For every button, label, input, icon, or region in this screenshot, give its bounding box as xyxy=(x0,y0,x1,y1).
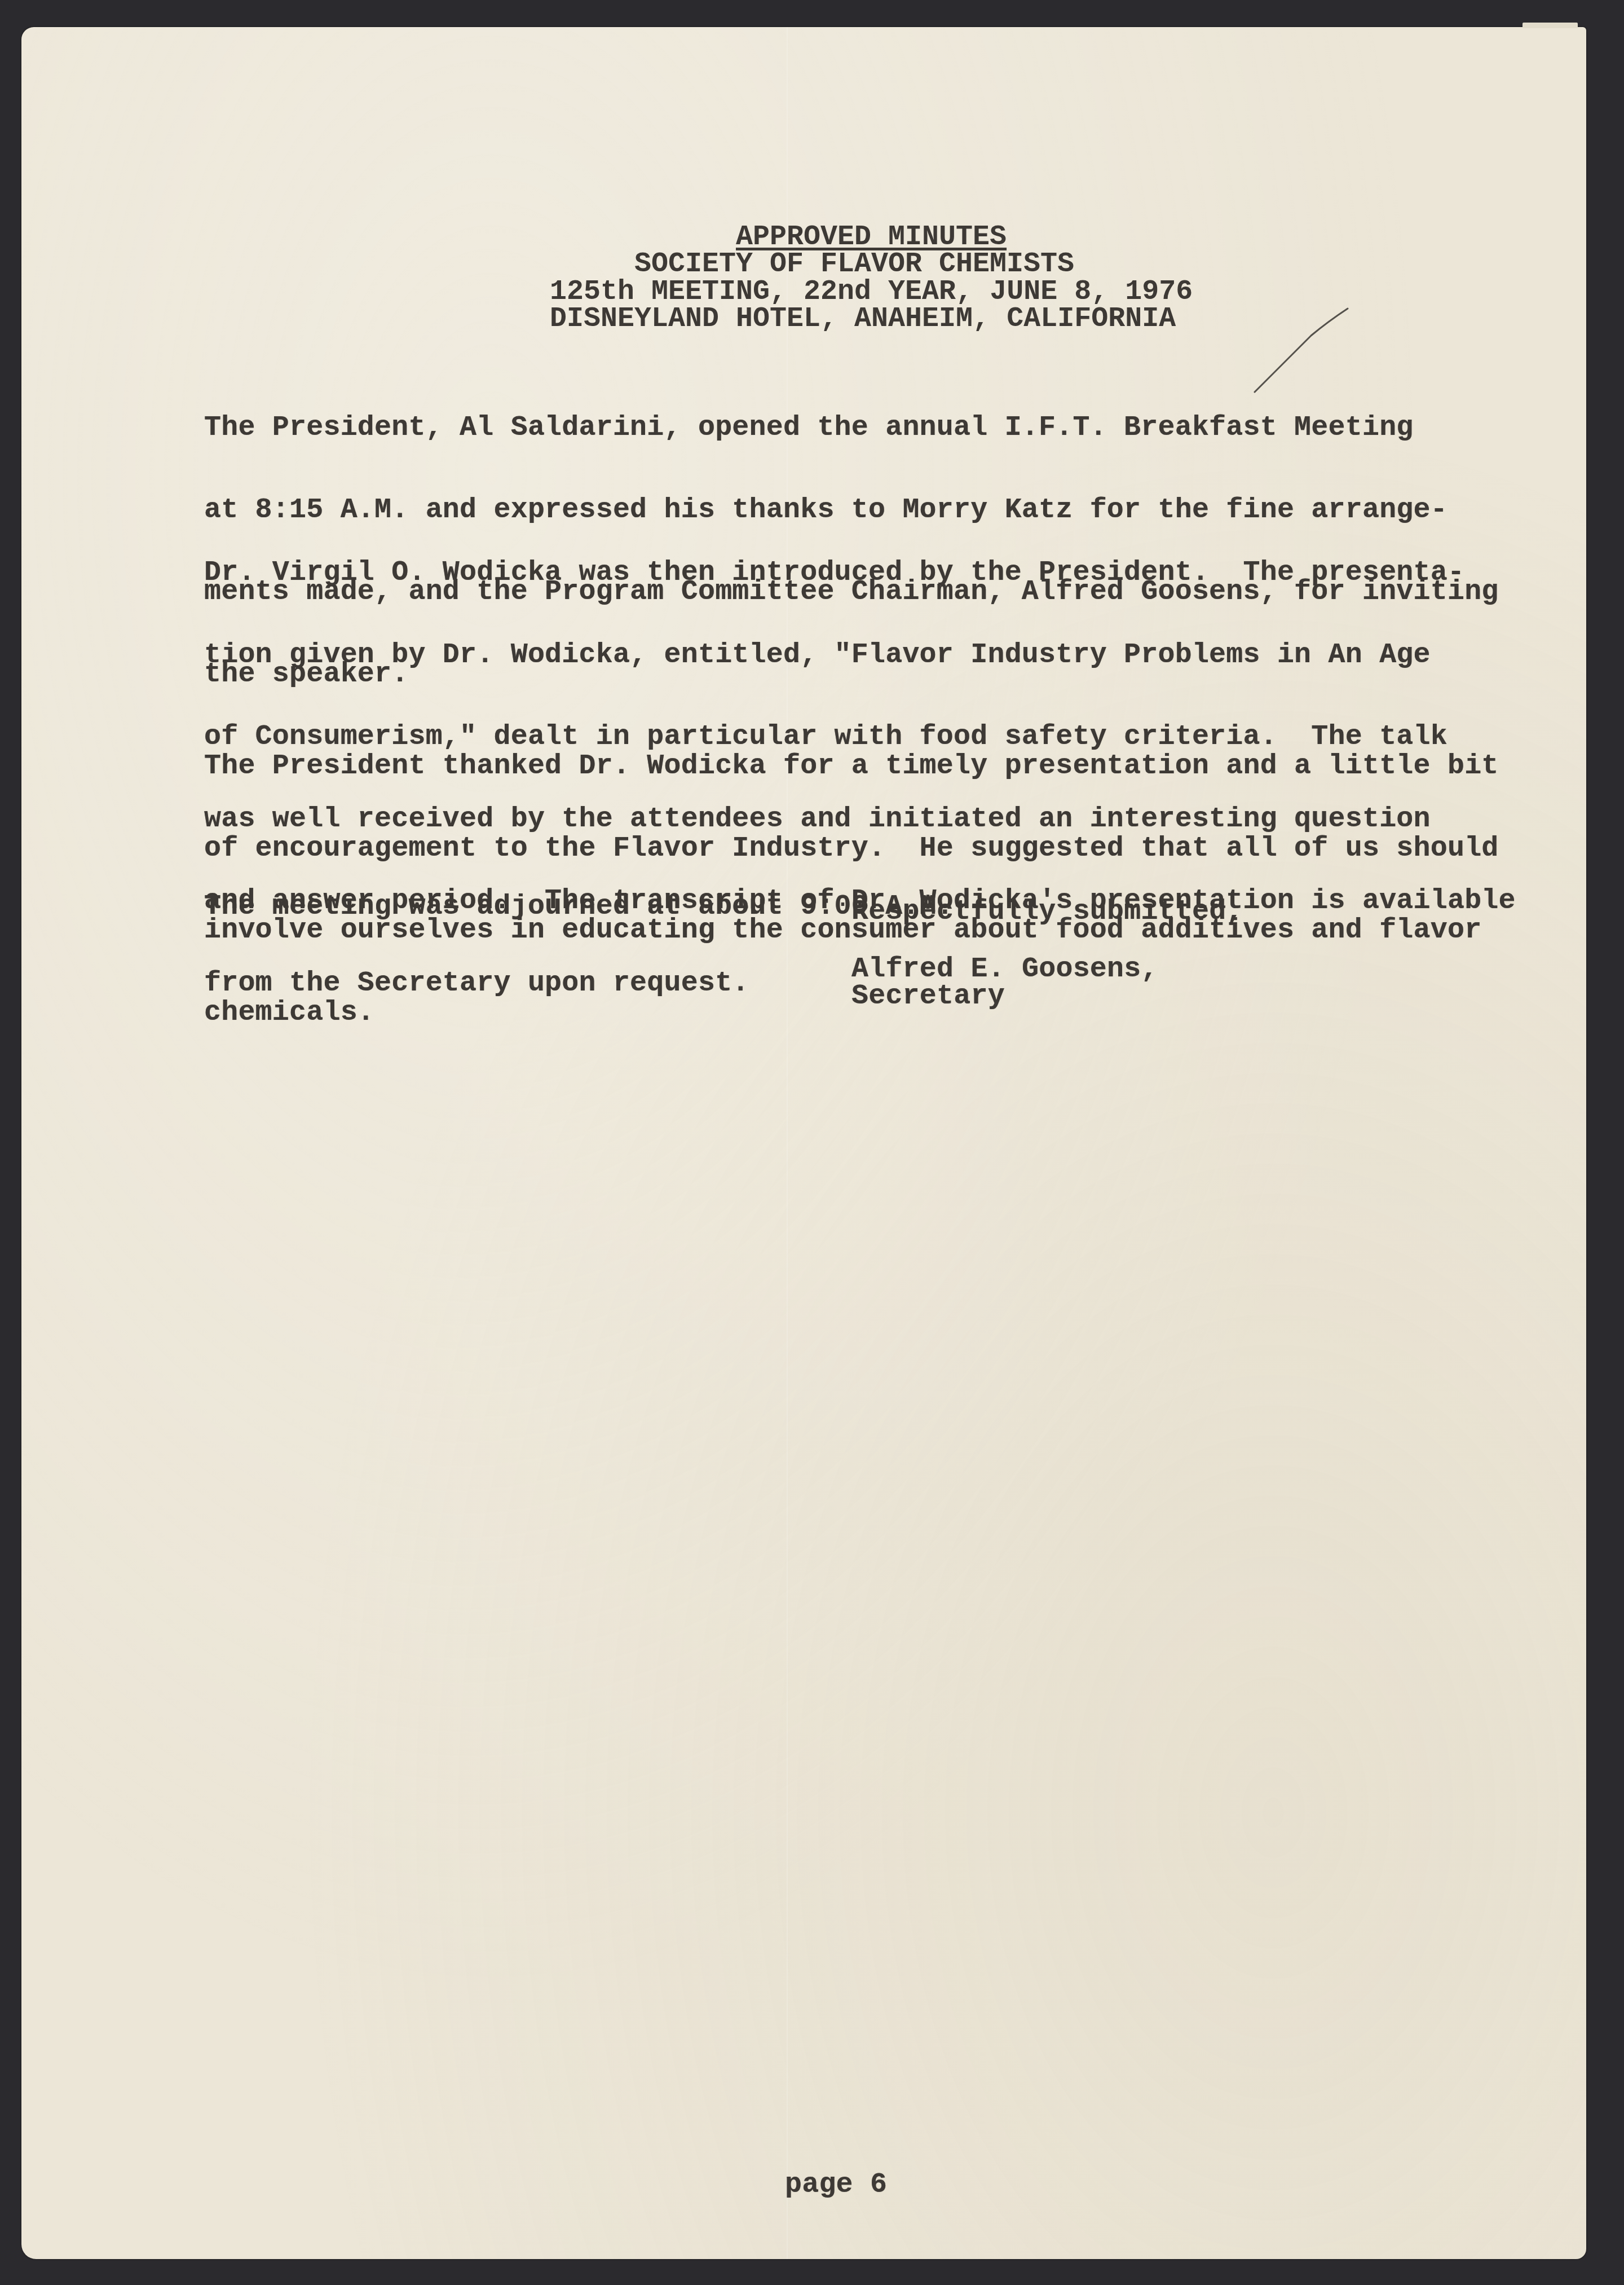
paragraph-line: The meeting was adjourned at about 9:00 … xyxy=(204,893,954,921)
signatory-name: Alfred E. Goosens, xyxy=(851,956,1158,984)
page-number: page 6 xyxy=(785,2172,887,2199)
paragraph-line: The President, Al Saldarini, opened the … xyxy=(204,415,1499,442)
paragraph-line: Dr. Virgil O. Wodicka was then introduce… xyxy=(204,560,1516,587)
document-title: APPROVED MINUTES xyxy=(736,224,1007,252)
paragraph-adjourned: The meeting was adjourned at about 9:00 … xyxy=(204,839,954,948)
paragraph-line: tion given by Dr. Wodicka, entitled, "Fl… xyxy=(204,642,1516,670)
signatory-role: Secretary xyxy=(851,983,1005,1011)
paper-fold-edge xyxy=(1522,23,1578,28)
paragraph-line: The President thanked Dr. Wodicka for a … xyxy=(204,753,1499,781)
meeting-info: 125th MEETING, 22nd YEAR, JUNE 8, 1976 xyxy=(550,279,1193,306)
closing-salutation: Respectfully submitted, xyxy=(851,899,1243,926)
organization-name: SOCIETY OF FLAVOR CHEMISTS xyxy=(634,251,1074,279)
meeting-location: DISNEYLAND HOTEL, ANAHEIM, CALIFORNIA xyxy=(550,306,1176,333)
